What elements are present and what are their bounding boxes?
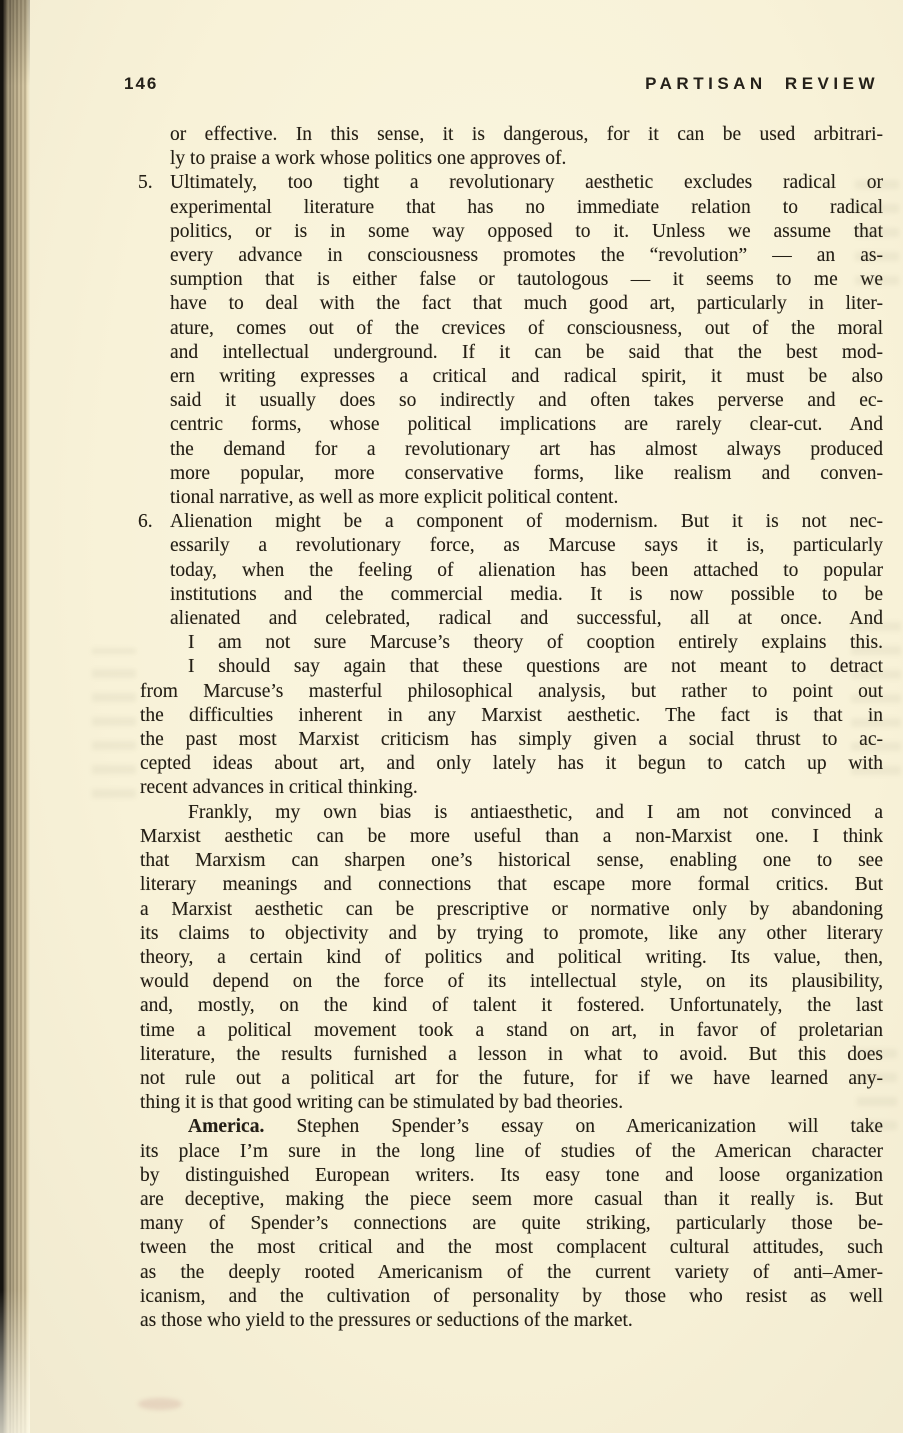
text-line: that Marxism can sharpen one’s historica… [138,849,883,873]
line-text: literary meanings and connections that e… [140,874,883,895]
bold-lead-word: America. [188,1116,264,1137]
line-text: said it usually does so indirectly and o… [170,390,883,411]
text-line: more popular, more conservative forms, l… [138,462,883,486]
line-text: theory, a certain kind of politics and p… [140,947,883,968]
line-text: literature, the results furnished a less… [140,1044,883,1065]
text-line: are deceptive, making the piece seem mor… [138,1188,883,1212]
line-text: politics, or is in some way opposed to i… [170,221,883,242]
text-line: its place I’m sure in the long line of s… [138,1140,883,1164]
text-line: recent advances in critical thinking. [138,776,883,800]
line-text: Alienation might be a component of moder… [170,511,883,532]
text-line: America. Stephen Spender’s essay on Amer… [138,1115,883,1139]
text-line: its claims to objectivity and by trying … [138,922,883,946]
line-text: experimental literature that has no imme… [170,197,883,218]
text-line: I am not sure Marcuse’s theory of coopti… [138,631,883,655]
text-line: many of Spender’s connections are quite … [138,1212,883,1236]
scanned-book-page: { "page": { "number": "146", "journal": … [0,0,903,1433]
line-text: institutions and the commercial media. I… [170,584,883,605]
text-line: theory, a certain kind of politics and p… [138,946,883,970]
line-text: centric forms, whose political implicati… [170,414,883,435]
line-text: Stephen Spender’s essay on Americanizati… [264,1116,883,1137]
line-text: its place I’m sure in the long line of s… [140,1141,883,1162]
line-text: thing it is that good writing can be sti… [140,1092,623,1113]
text-line: said it usually does so indirectly and o… [138,389,883,413]
journal-title: PARTISAN REVIEW [645,74,879,94]
text-line: Marxist aesthetic can be more useful tha… [138,825,883,849]
show-through-artifact [92,648,136,798]
line-text: its claims to objectivity and by trying … [140,923,883,944]
line-text: I am not sure Marcuse’s theory of coopti… [188,632,883,653]
text-line: tween the most critical and the most com… [138,1236,883,1260]
text-line: literature, the results furnished a less… [138,1043,883,1067]
text-line: or effective. In this sense, it is dange… [138,123,883,147]
text-line: the demand for a revolutionary art has a… [138,438,883,462]
line-text: more popular, more conservative forms, l… [170,463,883,484]
text-line: ly to praise a work whose politics one a… [138,147,883,171]
text-line: not rule out a political art for the fut… [138,1067,883,1091]
line-text: and intellectual underground. If it can … [170,342,883,363]
line-text: recent advances in critical thinking. [140,777,418,798]
line-text: alienated and celebrated, radical and su… [170,608,883,629]
page-text: or effective. In this sense, it is dange… [138,123,883,1333]
text-line: as the deeply rooted Americanism of the … [138,1261,883,1285]
text-line: literary meanings and connections that e… [138,873,883,897]
line-text: and, mostly, on the kind of talent it fo… [140,995,883,1016]
list-item-number: 5. [138,171,153,195]
text-line: cepted ideas about art, and only lately … [138,752,883,776]
line-text: icanism, and the cultivation of personal… [140,1286,883,1307]
line-text: that Marxism can sharpen one’s historica… [140,850,883,871]
line-text: today, when the feeling of alienation ha… [170,560,883,581]
text-line: by distinguished European writers. Its e… [138,1164,883,1188]
line-text: the difficulties inherent in any Marxist… [140,705,883,726]
line-text: sumption that is either false or tautolo… [170,269,883,290]
line-text: have to deal with the fact that much goo… [170,293,883,314]
text-line: and, mostly, on the kind of talent it fo… [138,994,883,1018]
line-text: ature, comes out of the crevices of cons… [170,318,883,339]
text-line: every advance in consciousness promotes … [138,244,883,268]
line-text: tween the most critical and the most com… [140,1237,883,1258]
text-line: experimental literature that has no imme… [138,196,883,220]
text-line: tional narrative, as well as more explic… [138,486,883,510]
text-line: thing it is that good writing can be sti… [138,1091,883,1115]
line-text: as those who yield to the pressures or s… [140,1310,633,1331]
text-line: ature, comes out of the crevices of cons… [138,317,883,341]
text-line: a Marxist aesthetic can be prescriptive … [138,898,883,922]
line-text: the past most Marxist criticism has simp… [140,729,883,750]
line-text: every advance in consciousness promotes … [170,245,883,266]
text-line: time a political movement took a stand o… [138,1019,883,1043]
line-text: not rule out a political art for the fut… [140,1068,883,1089]
line-text: many of Spender’s connections are quite … [140,1213,883,1234]
text-line: would depend on the force of its intelle… [138,970,883,994]
line-text: ly to praise a work whose politics one a… [170,148,566,169]
line-text: Frankly, my own bias is antiaesthetic, a… [188,802,883,823]
line-text: tional narrative, as well as more explic… [170,487,618,508]
text-line: Frankly, my own bias is antiaesthetic, a… [138,801,883,825]
text-line: essarily a revolutionary force, as Marcu… [138,534,883,558]
text-line: the difficulties inherent in any Marxist… [138,704,883,728]
scan-smudge [138,1398,182,1410]
line-text: cepted ideas about art, and only lately … [140,753,883,774]
line-text: or effective. In this sense, it is dange… [170,124,883,145]
text-line: sumption that is either false or tautolo… [138,268,883,292]
line-text: I should say again that these questions … [188,656,883,677]
text-line: institutions and the commercial media. I… [138,583,883,607]
text-line: as those who yield to the pressures or s… [138,1309,883,1333]
text-line: have to deal with the fact that much goo… [138,292,883,316]
line-text: would depend on the force of its intelle… [140,971,883,992]
text-line: 6.Alienation might be a component of mod… [138,510,883,534]
text-line: from Marcuse’s masterful philosophical a… [138,680,883,704]
text-line: ern writing expresses a critical and rad… [138,365,883,389]
line-text: time a political movement took a stand o… [140,1020,883,1041]
line-text: ern writing expresses a critical and rad… [170,366,883,387]
line-text: are deceptive, making the piece seem mor… [140,1189,883,1210]
line-text: from Marcuse’s masterful philosophical a… [140,681,883,702]
text-line: and intellectual underground. If it can … [138,341,883,365]
book-binding-edge [0,0,30,1433]
page-number: 146 [124,74,158,94]
line-text: Marxist aesthetic can be more useful tha… [140,826,883,847]
line-text: the demand for a revolutionary art has a… [170,439,883,460]
line-text: as the deeply rooted Americanism of the … [140,1262,883,1283]
text-line: centric forms, whose political implicati… [138,413,883,437]
line-text: by distinguished European writers. Its e… [140,1165,883,1186]
text-line: politics, or is in some way opposed to i… [138,220,883,244]
text-line: 5.Ultimately, too tight a revolutionary … [138,171,883,195]
line-text: Ultimately, too tight a revolutionary ae… [170,172,883,193]
text-line: I should say again that these questions … [138,655,883,679]
text-line: alienated and celebrated, radical and su… [138,607,883,631]
text-line: the past most Marxist criticism has simp… [138,728,883,752]
text-line: today, when the feeling of alienation ha… [138,559,883,583]
line-text: a Marxist aesthetic can be prescriptive … [140,899,883,920]
text-line: icanism, and the cultivation of personal… [138,1285,883,1309]
line-text: essarily a revolutionary force, as Marcu… [170,535,883,556]
list-item-number: 6. [138,510,153,534]
